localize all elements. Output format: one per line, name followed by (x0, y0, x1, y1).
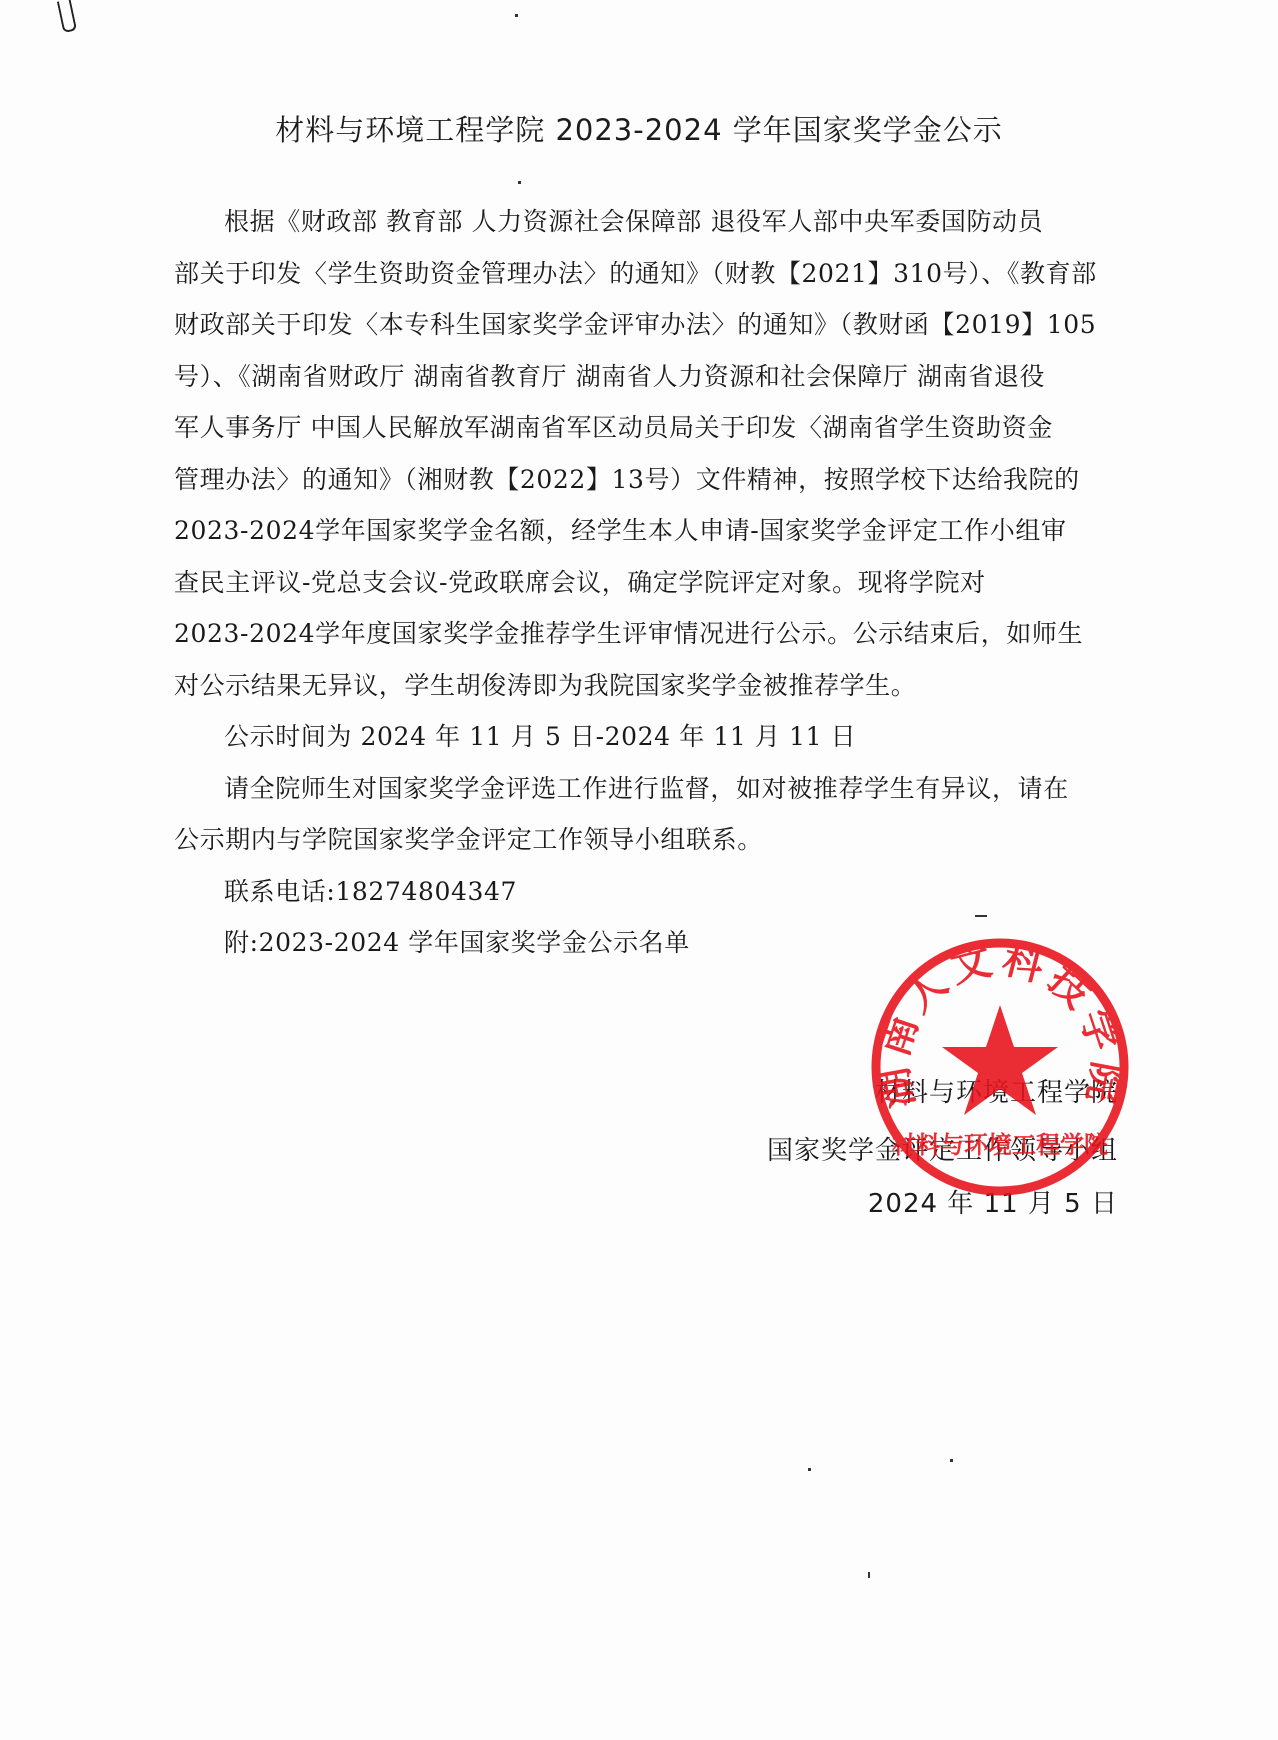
scan-speck (515, 14, 518, 17)
supervision-line: 公示期内与学院国家奖学金评定工作领导小组联系。 (174, 814, 1104, 866)
document-body: 根据《财政部 教育部 人力资源社会保障部 退役军人部中央军委国防动员 部关于印发… (174, 196, 1104, 969)
body-line: 部关于印发〈学生资助资金管理办法〉的通知》（财教【2021】310号）、《教育部 (174, 248, 1104, 300)
signature-org: 材料与环境工程学院 (875, 1072, 1118, 1109)
body-line: 管理办法〉的通知》（湘财教【2022】13号）文件精神，按照学校下达给我院的 (174, 454, 1104, 506)
body-line: 对公示结果无异议，学生胡俊涛即为我院国家奖学金被推荐学生。 (174, 660, 1104, 712)
body-line: 2023-2024学年度国家奖学金推荐学生评审情况进行公示。公示结束后，如师生 (174, 608, 1104, 660)
document-title: 材料与环境工程学院 2023-2024 学年国家奖学金公示 (0, 108, 1278, 149)
scan-speck (950, 1459, 953, 1462)
signature-group: 国家奖学金评定工作领导小组 (767, 1130, 1118, 1167)
signature-date: 2024 年 11 月 5 日 (868, 1183, 1118, 1220)
scan-speck (808, 1468, 811, 1471)
body-line: 根据《财政部 教育部 人力资源社会保障部 退役军人部中央军委国防动员 (174, 196, 1104, 248)
body-line: 号）、《湖南省财政厅 湖南省教育厅 湖南省人力资源和社会保障厅 湖南省退役 (174, 351, 1104, 403)
scan-speck (518, 181, 521, 184)
body-line: 查民主评议-党总支会议-党政联席会议，确定学院评定对象。现将学院对 (174, 557, 1104, 609)
body-line: 2023-2024学年国家奖学金名额，经学生本人申请-国家奖学金评定工作小组审 (174, 505, 1104, 557)
body-line: 财政部关于印发〈本专科生国家奖学金评审办法〉的通知》（教财函【2019】105 (174, 299, 1104, 351)
attachment-note: 附:2023-2024 学年国家奖学金公示名单 (174, 917, 1104, 969)
contact-phone: 联系电话:18274804347 (174, 866, 1104, 918)
supervision-line: 请全院师生对国家奖学金评选工作进行监督，如对被推荐学生有异议，请在 (174, 763, 1104, 815)
document-page: 材料与环境工程学院 2023-2024 学年国家奖学金公示 根据《财政部 教育部… (0, 0, 1278, 1740)
body-line: 军人事务厅 中国人民解放军湖南省军区动员局关于印发〈湖南省学生资助资金 (174, 402, 1104, 454)
staple-mark (57, 0, 77, 33)
publicity-period: 公示时间为 2024 年 11 月 5 日-2024 年 11 月 11 日 (174, 711, 1104, 763)
scan-speck (868, 1572, 870, 1578)
scan-speck (975, 915, 987, 917)
